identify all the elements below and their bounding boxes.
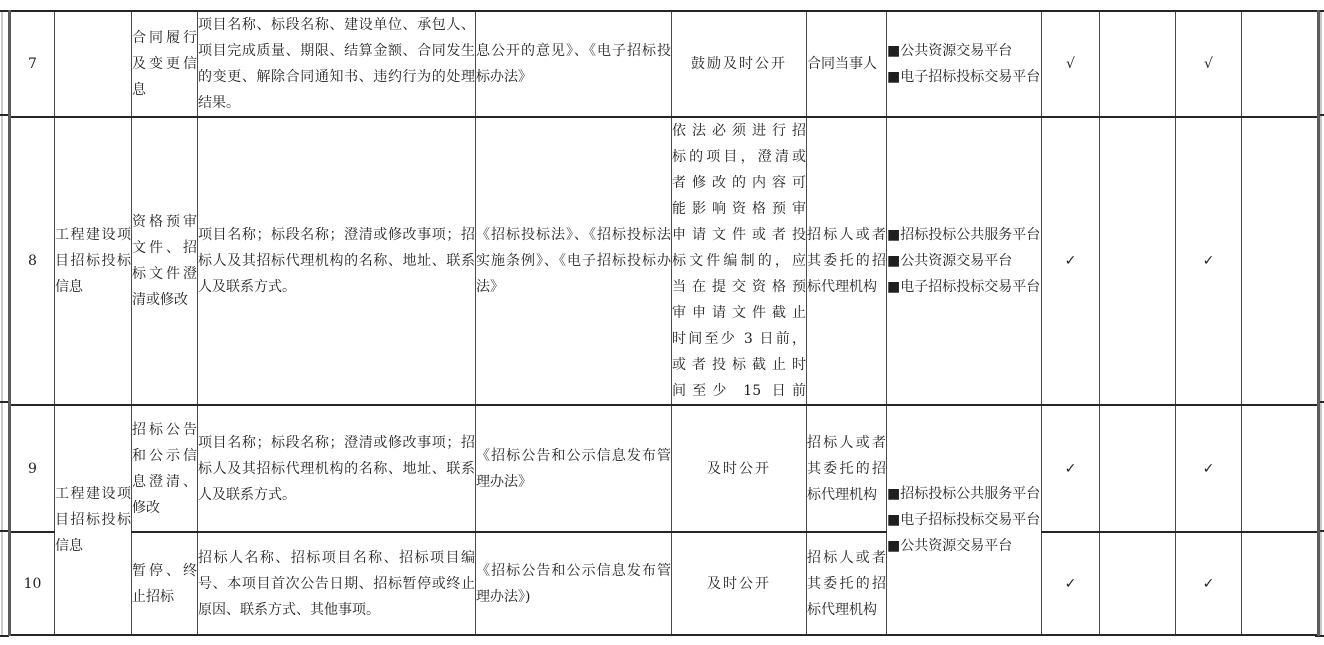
document-page: 7 合同履行及变更信息 项目名称、标段名称、建设单位、承包人、项目完成质量、期限… [0, 0, 1324, 645]
platform-item: ■电子招标投标交易平台 [887, 507, 1041, 533]
platform-item: ■公共资源交易平台 [887, 533, 1041, 559]
content-cell: 项目名称；标段名称；澄清或修改事项；招标人及其招标代理机构的名称、地址、联系人及… [198, 117, 476, 405]
check-cell: ✓ [1042, 405, 1100, 532]
legal-basis-cell: 《招标公告和公示信息发布管理办法》 [476, 405, 672, 532]
check-cell [1242, 117, 1319, 405]
responsible-party-cell: 招标人或者其委托的招标代理机构 [807, 117, 887, 405]
platform-item: ■招标投标公共服务平台 [887, 222, 1041, 248]
check-cell: √ [1176, 11, 1242, 117]
check-cell: ✓ [1042, 532, 1100, 635]
category-cell: 工程建设项目招标投标信息 [55, 117, 132, 405]
content-cell: 项目名称；标段名称；澄清或修改事项；招标人及其招标代理机构的名称、地址、联系人及… [198, 405, 476, 532]
content-cell: 招标人名称、招标项目名称、招标项目编号、本项目首次公告日期、招标暂停或终止原因、… [198, 532, 476, 635]
page-edge-line [1320, 10, 1322, 637]
row-number: 7 [10, 11, 55, 117]
platform-item: ■公共资源交易平台 [887, 248, 1041, 274]
page-edge-line [1, 10, 3, 637]
platform-cell: ■公共资源交易平台 ■电子招标投标交易平台 [887, 11, 1042, 117]
category-cell: 工程建设项目招标投标信息 [55, 405, 132, 635]
platform-item: ■电子招标投标交易平台 [887, 64, 1041, 90]
item-cell: 暂停、终止招标 [132, 532, 198, 635]
check-cell [1242, 405, 1319, 532]
check-cell [1100, 117, 1176, 405]
table-row: 10 暂停、终止招标 招标人名称、招标项目名称、招标项目编号、本项目首次公告日期… [10, 532, 1319, 635]
disclosure-table: 7 合同履行及变更信息 项目名称、标段名称、建设单位、承包人、项目完成质量、期限… [8, 10, 1320, 636]
check-cell [1242, 11, 1319, 117]
check-cell [1100, 405, 1176, 532]
check-cell [1100, 532, 1176, 635]
platform-item: ■公共资源交易平台 [887, 38, 1041, 64]
responsible-party-cell: 招标人或者其委托的招标代理机构 [807, 405, 887, 532]
timing-cell: 依法必须进行招 标的项目，澄清或 者修改的内容可 能影响资格预审 申请文件或者投… [672, 117, 807, 405]
check-cell: ✓ [1042, 117, 1100, 405]
table-row: 9 工程建设项目招标投标信息 招标公告和公示信息澄清、修改 项目名称；标段名称；… [10, 405, 1319, 532]
item-cell: 合同履行及变更信息 [132, 11, 198, 117]
legal-basis-cell: 《招标投标法》、《招标投标法实施条例》、《电子招标投标办法》 [476, 117, 672, 405]
check-cell: ✓ [1176, 532, 1242, 635]
responsible-party-cell: 招标人或者其委托的招标代理机构 [807, 532, 887, 635]
check-cell [1242, 532, 1319, 635]
platform-cell: ■招标投标公共服务平台 ■公共资源交易平台 ■电子招标投标交易平台 [887, 117, 1042, 405]
item-cell: 资格预审文件、招标文件澄清或修改 [132, 117, 198, 405]
legal-basis-cell: 息公开的意见》、《电子招标投标办法》 [476, 11, 672, 117]
timing-cell: 及时公开 [672, 405, 807, 532]
table-row: 7 合同履行及变更信息 项目名称、标段名称、建设单位、承包人、项目完成质量、期限… [10, 11, 1319, 117]
check-cell [1100, 11, 1176, 117]
check-cell: √ [1042, 11, 1100, 117]
platform-item: ■电子招标投标交易平台 [887, 274, 1041, 300]
category-cell [55, 11, 132, 117]
responsible-party-cell: 合同当事人 [807, 11, 887, 117]
row-number: 9 [10, 405, 55, 532]
timing-cell: 鼓励及时公开 [672, 11, 807, 117]
legal-basis-cell: 《招标公告和公示信息发布管理办法》) [476, 532, 672, 635]
row-number: 8 [10, 117, 55, 405]
platform-cell: ■招标投标公共服务平台 ■电子招标投标交易平台 ■公共资源交易平台 [887, 405, 1042, 635]
content-cell: 项目名称、标段名称、建设单位、承包人、项目完成质量、期限、结算金额、合同发生的变… [198, 11, 476, 117]
check-cell: ✓ [1176, 117, 1242, 405]
row-number: 10 [10, 532, 55, 635]
timing-cell: 及时公开 [672, 532, 807, 635]
check-cell: ✓ [1176, 405, 1242, 532]
platform-item: ■招标投标公共服务平台 [887, 481, 1041, 507]
table-row: 8 工程建设项目招标投标信息 资格预审文件、招标文件澄清或修改 项目名称；标段名… [10, 117, 1319, 405]
item-cell: 招标公告和公示信息澄清、修改 [132, 405, 198, 532]
